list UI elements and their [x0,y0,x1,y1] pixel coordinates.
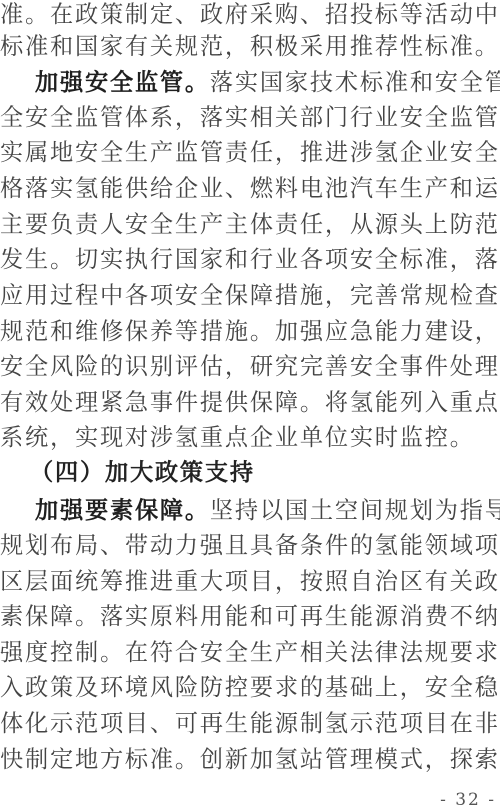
text-line: 格落实氢能供给企业、燃料电池汽车生产和运营企业、用氢企业 [0,174,500,204]
text-line: 安全风险的识别评估，研究完善安全事件处理工作预案，为及时 [0,352,500,382]
text-line: 应用过程中各项安全保障措施，完善常规检查、操作规范、加氢 [0,281,500,311]
section-heading: （四）加大政策支持 [30,458,495,488]
text-line: 系统，实现对涉氢重点企业单位实时监控。 [0,423,500,453]
text-line: 体化示范项目、可再生能源制氢示范项目在非化工园区建设，加 [0,709,500,739]
line-text: 素保障。落实原料用能和可再生能源消费不纳入能源消耗总量和 [0,603,500,630]
text-line: 入政策及环境风险防控要求的基础上，安全稳妥探索制氢加氢一 [0,673,500,703]
line-text: 系统，实现对涉氢重点企业单位实时监控。 [0,424,475,451]
text-line: 主要负责人安全生产主体责任，从源头上防范遏制安全生产事故 [0,210,500,240]
line-text: 落实国家技术标准和安全管理要求，建立健 [210,69,500,96]
text-line: 发生。切实执行国家和行业各项安全标准，落实氢能生产、运输、 [0,245,500,275]
line-text: 格落实氢能供给企业、燃料电池汽车生产和运营企业、用氢企业 [0,175,500,202]
text-line: 素保障。落实原料用能和可再生能源消费不纳入能源消耗总量和 [0,602,500,632]
line-text: 规范和维修保养等措施。加强应急能力建设，加强应对各类氢能 [0,318,500,345]
line-text: 全安全监管体系，落实相关部门行业安全监管责任，各地政府落 [0,104,500,131]
line-text: 入政策及环境风险防控要求的基础上，安全稳妥探索制氢加氢一 [0,674,500,701]
text-line: 区层面统筹推进重大项目，按照自治区有关政策，给予用地等要 [0,567,500,597]
text-line: 准。在政策制定、政府采购、招投标等活动中，严格执行强制性 [0,0,500,30]
paragraph-start-safety-supervision: 加强安全监管。落实国家技术标准和安全管理要求，建立健 [35,68,500,98]
paragraph-start-factor-guarantee: 加强要素保障。坚持以国土空间规划为指导，对符合自治区 [35,496,500,526]
page-number: - 32 - [440,790,496,810]
line-text: 规划布局、带动力强且具备条件的氢能领域项目，优先纳入自治 [0,532,500,559]
line-text: 发生。切实执行国家和行业各项安全标准，落实氢能生产、运输、 [0,246,500,273]
line-text: 快制定地方标准。创新加氢站管理模式，探索加氢站利用商业用 [0,746,500,773]
line-text: 区层面统筹推进重大项目，按照自治区有关政策，给予用地等要 [0,568,500,595]
line-text: 主要负责人安全生产主体责任，从源头上防范遏制安全生产事故 [0,211,500,238]
line-text: 安全风险的识别评估，研究完善安全事件处理工作预案，为及时 [0,353,500,380]
line-text: 体化示范项目、可再生能源制氢示范项目在非化工园区建设，加 [0,710,500,737]
paragraph-lead-bold: 加强安全监管。 [35,69,210,96]
section-heading-text: （四）加大政策支持 [30,459,255,486]
line-text: 实属地安全生产监管责任，推进涉氢企业安全风险分级管控。严 [0,139,500,166]
text-line: 有效处理紧急事件提供保障。将氢能列入重点行业领域安全监测 [0,388,500,418]
text-line: 全安全监管体系，落实相关部门行业安全监管责任，各地政府落 [0,103,500,133]
line-text: 应用过程中各项安全保障措施，完善常规检查、操作规范、加氢 [0,282,500,309]
line-text: 强度控制。在符合安全生产相关法律法规要求、化工项目安全准 [0,639,500,666]
line-text: 准。在政策制定、政府采购、招投标等活动中，严格执行强制性 [0,1,500,28]
line-text: 标准和国家有关规范，积极采用推荐性标准。 [0,33,500,60]
line-text: 坚持以国土空间规划为指导，对符合自治区 [210,497,500,524]
paragraph-lead-bold: 加强要素保障。 [35,497,210,524]
text-line: 快制定地方标准。创新加氢站管理模式，探索加氢站利用商业用 [0,745,500,775]
line-text: 有效处理紧急事件提供保障。将氢能列入重点行业领域安全监测 [0,389,500,416]
text-line: 规划布局、带动力强且具备条件的氢能领域项目，优先纳入自治 [0,531,500,561]
text-line: 规范和维修保养等措施。加强应急能力建设，加强应对各类氢能 [0,317,500,347]
text-line: 实属地安全生产监管责任，推进涉氢企业安全风险分级管控。严 [0,138,500,168]
text-line: 标准和国家有关规范，积极采用推荐性标准。 [0,32,500,62]
text-line: 强度控制。在符合安全生产相关法律法规要求、化工项目安全准 [0,638,500,668]
